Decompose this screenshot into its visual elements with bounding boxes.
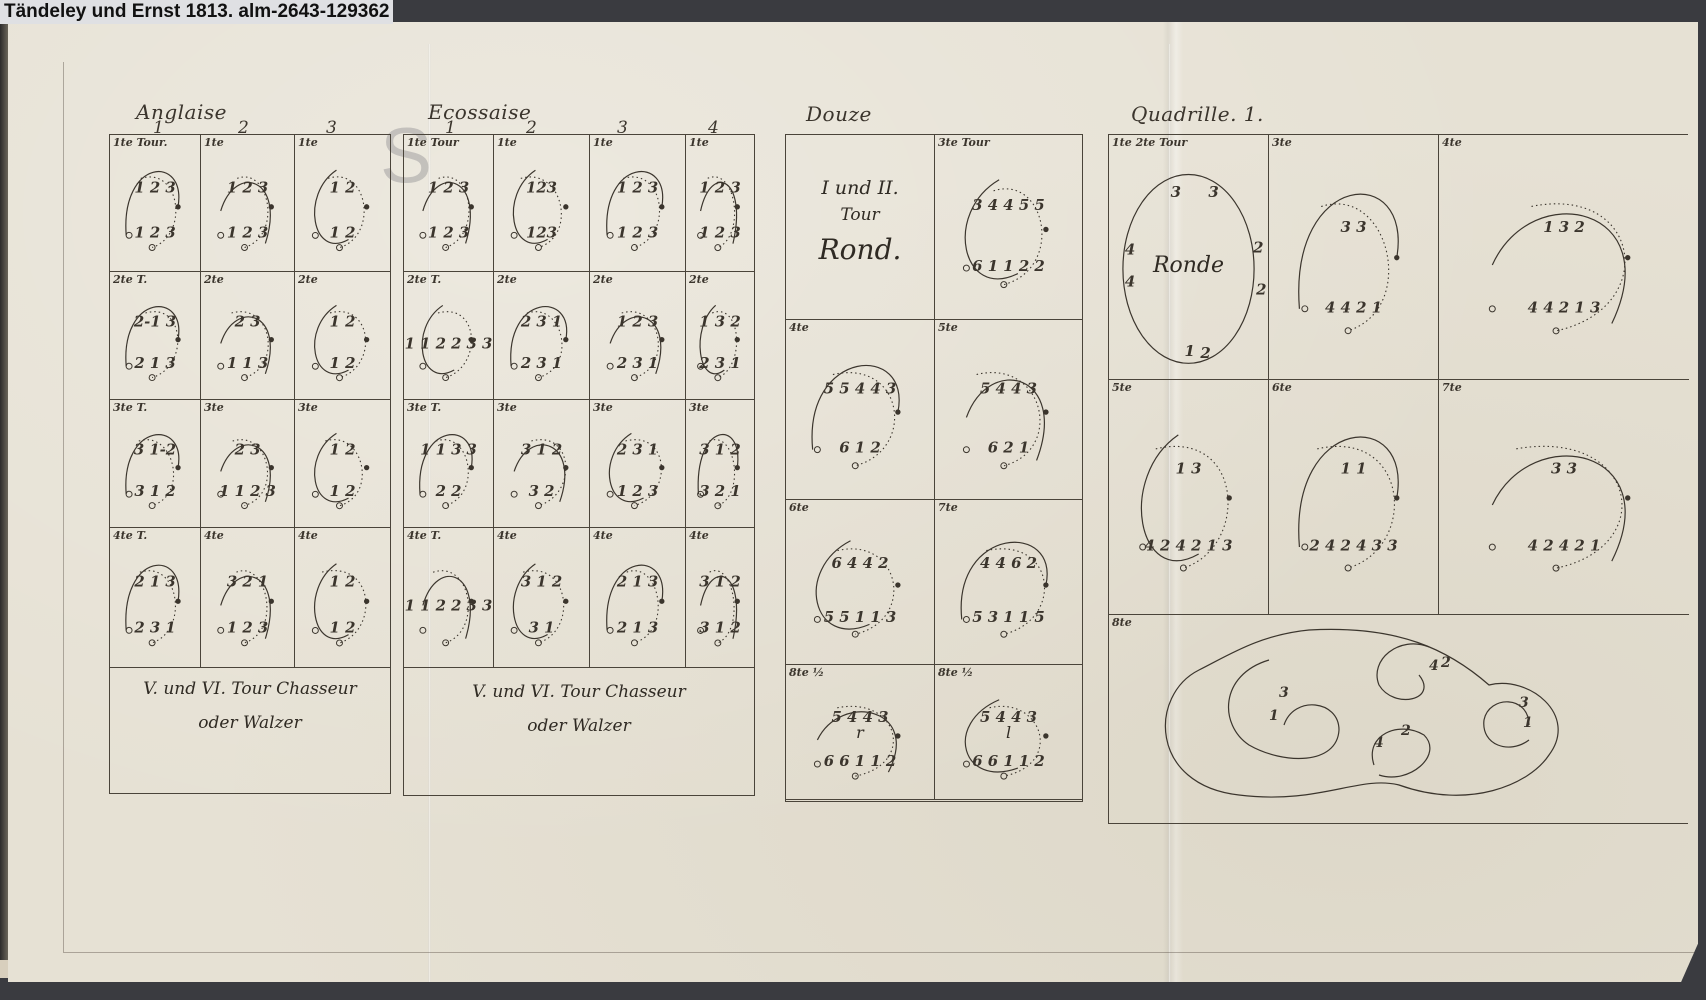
douze-cell-rond: I und II. Tour Rond.	[786, 135, 935, 320]
dance-figure-diagram: 2 3 12 3 1	[494, 272, 589, 399]
dancer-numbers: 3 1 2	[521, 441, 562, 458]
quadrille-cell-2: 3te3 34 4 2 1	[1269, 135, 1439, 380]
dance-figure-diagram: 3 1 23 1	[494, 528, 589, 667]
dance-figure-diagram: 1 2 31 2 3	[201, 135, 294, 271]
dancer-numbers: 5 4 4 3	[980, 379, 1037, 397]
quadrille-cell-4: 5te1 34 2 4 2 1 3	[1109, 380, 1269, 615]
svg-text:3: 3	[1171, 183, 1181, 201]
dance-figure-diagram: 1 2 31 2 3	[686, 135, 754, 271]
anglaise-cell-r4-c2: 4te3 2 11 2 3	[201, 528, 295, 668]
anglaise-cell-r1-c1: 1te Tour.1 2 31 2 3	[110, 135, 201, 272]
anglaise-cell-r1-c3: 1te1 21 2	[295, 135, 390, 272]
dancer-numbers: 1 1 2 2 3 3	[405, 597, 493, 614]
dancer-numbers: 1 3 2	[1543, 218, 1585, 236]
dancer-numbers: 1 2 3	[699, 223, 740, 241]
quadrille-cell-5: 6te1 12 4 2 4 3 3	[1269, 380, 1439, 615]
ecossaise-cell-r4-c2: 4te3 1 23 1	[494, 528, 590, 668]
dancer-numbers: 1 2	[330, 312, 356, 330]
dancer-numbers: 6 6 1 1 2	[972, 752, 1044, 770]
dancer-numbers: 4 4 2 1	[1325, 298, 1382, 316]
dancer-numbers: 2 3	[234, 313, 261, 330]
dance-figure-diagram: 4 4 6 25 3 1 1 5	[935, 500, 1082, 664]
dancer-numbers: 1 2 3	[227, 619, 268, 636]
dancer-numbers: 2 1 3	[133, 355, 175, 372]
ecossaise-cell-r2-c3: 2te1 2 32 3 1	[590, 272, 686, 400]
dancer-numbers: 3 1 2	[699, 573, 740, 591]
dancer-numbers: 3 3	[1551, 459, 1577, 477]
dancer-numbers: 2 3 1	[133, 619, 175, 636]
ecossaise-cell-r1-c1: 1te Tour1 2 31 2 3	[404, 135, 494, 272]
dance-figure-diagram: 2 31 1 2 3	[201, 400, 294, 527]
dancer-numbers: 2 1 3	[133, 574, 175, 591]
dance-figure-diagram: 1 21 2	[295, 135, 390, 271]
dancer-numbers: 1 2 3	[617, 180, 658, 197]
heading-quadrille: Quadrille. 1.	[1131, 102, 1264, 126]
dancer-numbers: 3 4 4 5 5	[972, 196, 1045, 214]
dancer-numbers: 1 2 3	[428, 224, 469, 241]
douze-cell-4: 4te5 5 4 4 36 1 2	[786, 320, 935, 500]
douze-rond-line2: Tour	[786, 205, 934, 225]
dancer-numbers: 4 2 4 2 1 3	[1144, 536, 1232, 554]
dancer-numbers: 4 4 6 2	[980, 554, 1037, 572]
anglaise-cell-r3-c2: 3te2 31 1 2 3	[201, 400, 295, 528]
dancer-numbers: 2 4 2 4 3 3	[1308, 537, 1397, 555]
dancer-numbers: 1 2	[330, 354, 356, 372]
dancer-numbers: 4 4 2 1 3	[1528, 299, 1601, 317]
ecossaise-cell-r2-c2: 2te2 3 12 3 1	[494, 272, 590, 400]
ecossaise-cell-r3-c4: 3te3 1 23 2 1	[686, 400, 754, 528]
dancer-numbers: 1 1 3	[227, 355, 268, 372]
dancer-numbers: 3 1 2	[699, 619, 740, 637]
anglaise-grid: 1te Tour.1 2 31 2 31te1 2 31 2 31te1 21 …	[109, 134, 391, 794]
dancer-numbers: 3 1	[529, 619, 555, 636]
anglaise-cell-r4-c3: 4te1 21 2	[295, 528, 390, 668]
dancer-numbers: 6 6 1 1 2	[824, 752, 896, 770]
dancer-numbers: 1 2	[330, 573, 356, 591]
svg-text:2: 2	[1400, 723, 1411, 739]
dancer-numbers: 5 5 4 4 3	[824, 379, 896, 397]
dancer-numbers: 5 5 1 1 3	[824, 608, 896, 626]
dancer-numbers: 6 1 1 2 2	[972, 257, 1045, 275]
heading-anglaise: Anglaise	[136, 100, 227, 124]
anglaise-cell-r3-c3: 3te1 21 2	[295, 400, 390, 528]
dancer-numbers: 3 1-2	[134, 441, 176, 458]
dance-figure-diagram: 3 1 23 1 2	[686, 528, 754, 667]
anglaise-footer-line1: V. und VI. Tour Chasseur	[110, 672, 390, 706]
quadrille-cell-1: 1te 2te Tour33442212Ronde	[1109, 135, 1269, 380]
dance-figure-diagram: 2 31 1 3	[201, 272, 294, 399]
dancer-numbers: 2 3 1	[520, 313, 562, 330]
dance-figure-diagram: 1 34 2 4 2 1 3	[1109, 380, 1268, 614]
ecossaise-cell-r2-c4: 2te1 3 22 3 1	[686, 272, 754, 400]
dancer-numbers: 1 2 3	[699, 179, 740, 197]
dance-figure-diagram: 1 1 3 32 2	[404, 400, 493, 527]
dancer-numbers: 1 2	[330, 179, 356, 197]
dance-figure-diagram: 1 21 2	[295, 400, 390, 527]
svg-text:3: 3	[1208, 183, 1218, 201]
douze-right-label: r	[786, 723, 934, 742]
douze-cell-8: 8te ½5 4 4 36 6 1 1 2r	[786, 665, 935, 800]
dance-figure-diagram: 1 1 2 2 3 3	[404, 528, 493, 667]
ecossaise-footer-line1: V. und VI. Tour Chasseur	[404, 675, 754, 709]
dance-figure-diagram: 3 34 2 4 2 1	[1439, 380, 1689, 614]
dance-figure-diagram: 5 5 4 4 36 1 2	[786, 320, 934, 499]
dance-figure-diagram: 3 34 4 2 1	[1269, 135, 1438, 379]
dancer-numbers: 1 3 2	[699, 312, 740, 330]
svg-text:3: 3	[1279, 685, 1289, 701]
dancer-numbers: 5 3 1 1 5	[972, 608, 1045, 626]
dancer-numbers: 2 3 1	[616, 355, 658, 372]
douze-grid: I und II. Tour Rond. 3te Tour3 4 4 5 56 …	[785, 134, 1083, 802]
quadrille-ronde-label: Ronde	[1109, 253, 1268, 278]
svg-text:4: 4	[1374, 735, 1384, 751]
dance-figure-diagram: 1 3 24 4 2 1 3	[1439, 135, 1689, 379]
dancer-numbers: 3 2 1	[699, 482, 740, 500]
dance-figure-diagram: 1 2 31 2 3	[404, 135, 493, 271]
anglaise-cell-r1-c2: 1te1 2 31 2 3	[201, 135, 295, 272]
svg-text:4: 4	[1429, 658, 1439, 674]
anglaise-cell-r4-c1: 4te T.2 1 32 3 1	[110, 528, 201, 668]
dancer-numbers: 1 2 3	[617, 483, 658, 500]
svg-text:2: 2	[1255, 280, 1266, 298]
ecossaise-grid: 1te Tour1 2 31 2 31te1231231te1 2 31 2 3…	[403, 134, 755, 796]
dancer-numbers: 6 1 2	[839, 438, 880, 456]
svg-text:2: 2	[1199, 344, 1210, 362]
ecossaise-cell-r3-c1: 3te T.1 1 3 32 2	[404, 400, 494, 528]
engraved-plate-sheet: S Anglaise 1 2 3 1te Tour.1 2 31 2 31te1…	[8, 22, 1698, 982]
dance-figure-diagram: 1 2 32 3 1	[590, 272, 685, 399]
dancer-numbers: 1 2	[330, 619, 356, 637]
ecossaise-cell-r1-c3: 1te1 2 31 2 3	[590, 135, 686, 272]
dancer-numbers: 2-1 3	[133, 313, 176, 330]
quadrille-grid: 1te 2te Tour33442212Ronde3te3 34 4 2 14t…	[1108, 134, 1688, 824]
dance-figure-diagram: 3 1-23 1 2	[110, 400, 200, 527]
anglaise-footer: V. und VI. Tour Chasseur oder Walzer	[110, 672, 390, 740]
ecossaise-cell-r1-c2: 1te123123	[494, 135, 590, 272]
dancer-numbers: 1 2 3	[227, 180, 268, 197]
dance-figure-diagram: 1 1 2 2 3 3	[404, 272, 493, 399]
douze-rond-line3: Rond.	[786, 233, 934, 266]
svg-text:1: 1	[1269, 708, 1279, 724]
anglaise-cell-r3-c1: 3te T.3 1-23 1 2	[110, 400, 201, 528]
dancer-numbers: 1 2 3	[134, 224, 175, 241]
dance-figure-diagram: 3 4 4 5 56 1 1 2 2	[935, 135, 1082, 319]
dance-figure-diagram: 1 21 2	[295, 272, 390, 399]
dancer-numbers: 1 2	[330, 482, 356, 500]
ecossaise-footer-line2: oder Walzer	[404, 709, 754, 743]
ecossaise-cell-r4-c1: 4te T.1 1 2 2 3 3	[404, 528, 494, 668]
ecossaise-cell-r1-c4: 1te1 2 31 2 3	[686, 135, 754, 272]
svg-text:1: 1	[1523, 715, 1533, 731]
dance-figure-diagram: 123123	[494, 135, 589, 271]
dancer-numbers: 3 1 2	[699, 440, 740, 458]
dancer-numbers: 1 2	[330, 440, 356, 458]
anglaise-cell-r2-c1: 2te T.2-1 32 1 3	[110, 272, 201, 400]
dance-figure-diagram: 1 12 4 2 4 3 3	[1269, 380, 1438, 614]
ecossaise-cell-r2-c1: 2te T.1 1 2 2 3 3	[404, 272, 494, 400]
dance-figure-diagram: 3 1 23 2	[494, 400, 589, 527]
dancer-numbers: 6 4 4 2	[832, 554, 889, 572]
dancer-numbers: 1 2 3	[134, 180, 175, 197]
anglaise-footer-line2: oder Walzer	[110, 706, 390, 740]
dance-figure-diagram: 3 2 11 2 3	[201, 528, 294, 667]
svg-text:1: 1	[1185, 342, 1195, 360]
dancer-numbers: 1 1	[1341, 459, 1367, 477]
dance-figure-diagram: 1 3 22 3 1	[686, 272, 754, 399]
dancer-numbers: 1 1 2 3	[219, 483, 276, 500]
dance-figure-diagram: 6 4 4 25 5 1 1 3	[786, 500, 934, 664]
dancer-numbers: 2 1 3	[616, 619, 658, 636]
douze-cell-5: 5te5 4 4 36 2 1	[935, 320, 1082, 500]
dancer-numbers: 2 1 3	[616, 574, 658, 591]
dance-figure-diagram: 3 1 23 2 1	[686, 400, 754, 527]
dancer-numbers: 4 2 4 2 1	[1528, 537, 1601, 555]
quadrille-cell-8: 8te13244231	[1109, 615, 1689, 823]
dancer-numbers: 2 3	[234, 441, 261, 458]
dancer-numbers: 1 1 3 3	[420, 441, 477, 458]
dancer-numbers: 2 2	[435, 483, 462, 500]
ecossaise-cell-r4-c3: 4te2 1 32 1 3	[590, 528, 686, 668]
dancer-numbers: 3 1 2	[521, 574, 562, 591]
douze-cell-9: 8te ½5 4 4 36 6 1 1 2l	[935, 665, 1082, 800]
douze-cell-3: 3te Tour3 4 4 5 56 1 1 2 2	[935, 135, 1082, 320]
dancer-numbers: 1 3	[1176, 459, 1202, 477]
dancer-numbers: 1 2 3	[617, 313, 658, 330]
heading-ecossaise: Ecossaise	[428, 100, 531, 124]
spiral-figure-diagram: 13244231	[1109, 615, 1689, 823]
svg-text:3: 3	[1519, 695, 1529, 711]
douze-cell-6: 6te6 4 4 25 5 1 1 3	[786, 500, 935, 665]
dancer-numbers: 2 3 1	[520, 355, 562, 372]
dance-figure-diagram: 2 1 32 3 1	[110, 528, 200, 667]
ecossaise-cell-r3-c3: 3te2 3 11 2 3	[590, 400, 686, 528]
window-title: Tändeley und Ernst 1813. alm-2643-129362	[0, 0, 393, 24]
dancer-numbers: 123	[526, 224, 557, 241]
dancer-numbers: 2 3 1	[698, 354, 740, 372]
douze-cell-7: 7te4 4 6 25 3 1 1 5	[935, 500, 1082, 665]
dancer-numbers: 123	[526, 180, 557, 197]
dance-figure-diagram: 5 4 4 36 2 1	[935, 320, 1082, 499]
dance-figure-diagram: 1 2 31 2 3	[110, 135, 200, 271]
dancer-numbers: 6 2 1	[988, 438, 1030, 456]
dancer-numbers: 1 2 3	[617, 224, 658, 241]
dance-figure-diagram: 2 1 32 1 3	[590, 528, 685, 667]
dance-figure-diagram: 1 2 31 2 3	[590, 135, 685, 271]
dancer-numbers: 1 1 2 2 3 3	[405, 335, 493, 352]
dancer-numbers: 3 2 1	[227, 574, 268, 591]
dance-figure-diagram: 1 21 2	[295, 528, 390, 667]
dancer-numbers: 3 2	[529, 483, 555, 500]
heading-douze: Douze	[806, 102, 872, 126]
dance-figure-diagram: 2 3 11 2 3	[590, 400, 685, 527]
quadrille-cell-3: 4te1 3 24 4 2 1 3	[1439, 135, 1689, 380]
svg-text:2: 2	[1440, 655, 1451, 671]
quadrille-cell-6: 7te3 34 2 4 2 1	[1439, 380, 1689, 615]
dancer-numbers: 3 1 2	[134, 483, 175, 500]
ecossaise-cell-r4-c4: 4te3 1 23 1 2	[686, 528, 754, 668]
douze-rond-line1: I und II.	[786, 177, 934, 199]
ecossaise-footer: V. und VI. Tour Chasseur oder Walzer	[404, 675, 754, 743]
dancer-numbers: 1 2 3	[227, 224, 268, 241]
dancer-numbers: 1 2 3	[428, 180, 469, 197]
ecossaise-cell-r3-c2: 3te3 1 23 2	[494, 400, 590, 528]
anglaise-cell-r2-c3: 2te1 21 2	[295, 272, 390, 400]
anglaise-cell-r2-c2: 2te2 31 1 3	[201, 272, 295, 400]
douze-left-label: l	[935, 723, 1082, 742]
dancer-numbers: 1 2	[330, 223, 356, 241]
dancer-numbers: 2 3 1	[616, 441, 658, 458]
dance-figure-diagram: 2-1 32 1 3	[110, 272, 200, 399]
dancer-numbers: 3 3	[1341, 218, 1367, 236]
